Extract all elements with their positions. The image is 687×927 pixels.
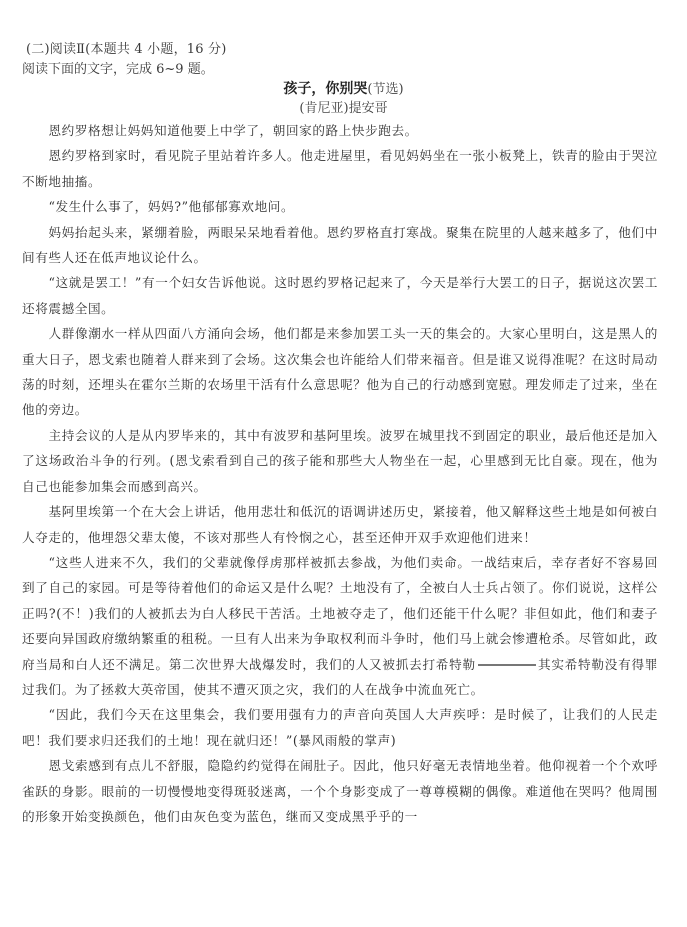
paragraph: “这就是罢工！”有一个妇女告诉他说。这时恩约罗格记起来了，今天是举行大罢工的日子…	[22, 270, 658, 321]
paragraph: “发生什么事了，妈妈?”他郁郁寡欢地问。	[22, 194, 658, 219]
article-title: 孩子，你别哭	[283, 81, 367, 97]
article-body: 恩约罗格想让妈妈知道他要上中学了，朝回家的路上快步跑去。 恩约罗格到家时，看见院…	[22, 118, 658, 829]
article-title-line: 孩子，你别哭(节选)	[0, 78, 687, 98]
article-title-note: (节选)	[367, 82, 403, 97]
paragraph: 妈妈抬起头来，紧绷着脸，两眼呆呆地看着他。恩约罗格直打寒战。聚集在院里的人越来越…	[22, 220, 658, 271]
section-heading: (二)阅读Ⅱ(本题共 4 小题，16 分)	[26, 38, 227, 57]
paragraph-part: “这些人进来不久，我们的父辈就像俘虏那样被抓去参战，为他们卖命。一战结束后，幸存…	[22, 555, 658, 672]
paragraph: 基阿里埃第一个在大会上讲话，他用悲壮和低沉的语调讲述历史，紧接着，他又解释这些土…	[22, 499, 658, 550]
article-author: (肯尼亚)提安哥	[0, 97, 687, 116]
paragraph: 人群像潮水一样从四面八方涌向会场，他们都是来参加罢工头一天的集会的。大家心里明白…	[22, 321, 658, 423]
paragraph: 恩戈索感到有点儿不舒服，隐隐约约觉得在闹肚子。因此，他只好毫无表情地坐着。他仰视…	[22, 753, 658, 829]
paragraph: 恩约罗格到家时，看见院子里站着许多人。他走进屋里，看见妈妈坐在一张小板凳上，铁青…	[22, 143, 658, 194]
paragraph: 恩约罗格想让妈妈知道他要上中学了，朝回家的路上快步跑去。	[22, 118, 658, 143]
paragraph: 主持会议的人是从内罗毕来的，其中有波罗和基阿里埃。波罗在城里找不到固定的职业，最…	[22, 423, 658, 499]
paragraph: “因此，我们今天在这里集会，我们要用强有力的声音向英国人大声疾呼：是时候了，让我…	[22, 702, 658, 753]
exam-page: (二)阅读Ⅱ(本题共 4 小题，16 分) 阅读下面的文字，完成 6~9 题。 …	[0, 0, 687, 927]
em-dash-divider	[478, 664, 536, 666]
paragraph-with-dash: “这些人进来不久，我们的父辈就像俘虏那样被抓去参战，为他们卖命。一战结束后，幸存…	[22, 550, 658, 702]
reading-instruction: 阅读下面的文字，完成 6~9 题。	[22, 58, 214, 77]
